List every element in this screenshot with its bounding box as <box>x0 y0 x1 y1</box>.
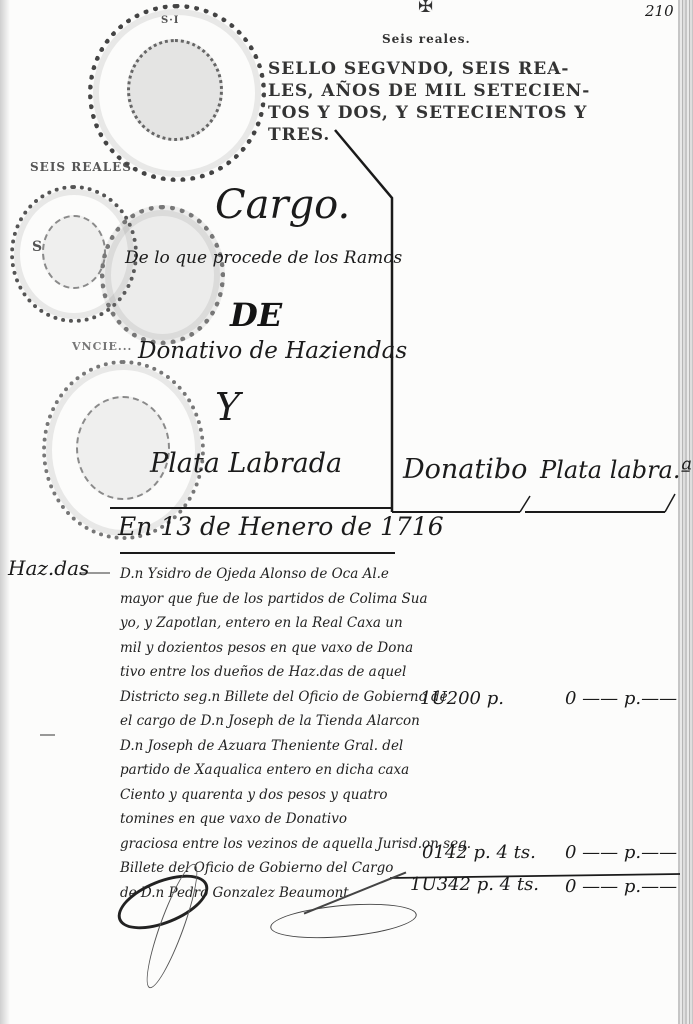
entry-body: D.n Ysidro de Ojeda Alonso de Oca Al.e m… <box>120 562 471 905</box>
manuscript-page: 210 ✠ S·I Seis reales. SELLO SEGVNDO, SE… <box>0 0 693 1024</box>
heading-line3: Donativo de Haziendas <box>138 338 407 364</box>
entry-line: tivo entre los dueños de Haz.das de aque… <box>120 660 471 685</box>
column-plata: Plata labra.ª <box>540 456 692 484</box>
entry-line: mayor que fue de los partidos de Colima … <box>120 587 471 612</box>
heading-cargo: Cargo. <box>215 182 350 228</box>
entry-line: D.n Joseph de Azuara Theniente Gral. del <box>120 734 471 759</box>
heading-line1: De lo que procede de los Ramos <box>125 248 402 268</box>
heading-y: Y <box>215 385 240 429</box>
total-plata: 0 —— p.—— <box>565 876 677 897</box>
amount-1-plata: 0 —— p.—— <box>565 688 677 709</box>
entry-line: partido de Xaqualica entero en dicha cax… <box>120 758 471 783</box>
entry-line: tomines en que vaxo de Donativo <box>120 807 471 832</box>
entry-line: yo, y Zapotlan, entero en la Real Caxa u… <box>120 611 471 636</box>
amount-2-donativo: 0142 p. 4 ts. <box>422 842 536 863</box>
entry-line: mil y dozientos pesos en que vaxo de Don… <box>120 636 471 661</box>
entry-line: D.n Ysidro de Ojeda Alonso de Oca Al.e <box>120 562 471 587</box>
amount-2-plata: 0 —— p.—— <box>565 842 677 863</box>
entry-date: En 13 de Henero de 1716 <box>118 512 444 541</box>
entry-line: Districto seg.n Billete del Oficio de Go… <box>120 685 471 710</box>
heading-de: DE <box>230 296 282 334</box>
total-donativo: 1U342 p. 4 ts. <box>410 874 539 895</box>
heading-line5: Plata Labrada <box>150 448 342 479</box>
amount-1-donativo: 1U200 p. <box>420 688 504 709</box>
margin-note: Haz.das <box>8 556 89 580</box>
column-donativo: Donatibo <box>403 454 527 485</box>
entry-line: graciosa entre los vezinos de aquella Ju… <box>120 832 471 857</box>
entry-line: Ciento y quarenta y dos pesos y quatro <box>120 783 471 808</box>
entry-line: el cargo de D.n Joseph de la Tienda Alar… <box>120 709 471 734</box>
